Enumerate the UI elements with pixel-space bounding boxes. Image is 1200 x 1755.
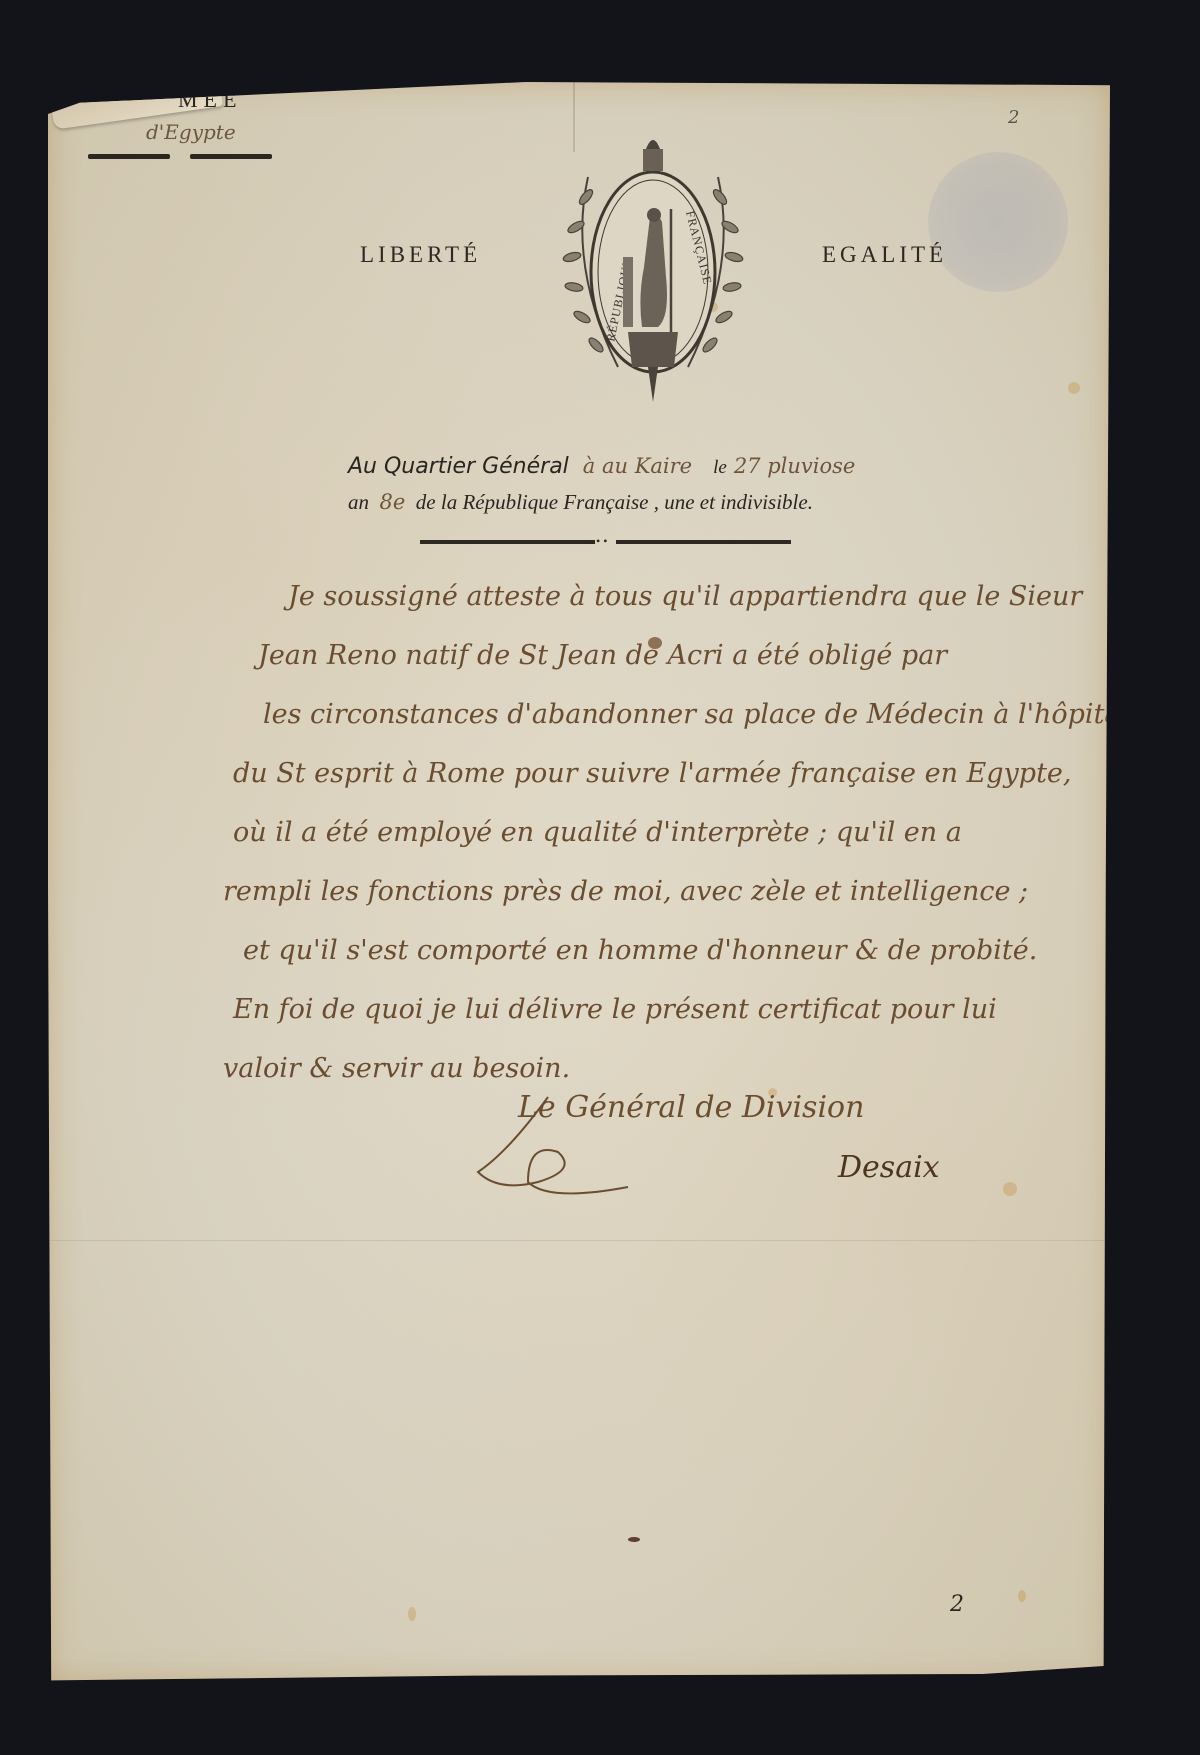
motto-liberte: LIBERTÉ: [360, 242, 481, 268]
body-line: et qu'il s'est comporté en homme d'honne…: [203, 921, 1103, 980]
body-line: rempli les fonctions près de moi, avec z…: [203, 862, 1103, 921]
place-handwritten: à au Kaire: [583, 454, 692, 478]
header-rule-left: [88, 154, 170, 159]
date-handwritten: 27 pluviose: [734, 454, 856, 478]
motto-egalite: EGALITÉ: [822, 242, 947, 268]
hq-label: Au Quartier Général: [348, 454, 569, 479]
ink-stamp: [928, 152, 1068, 292]
signatory-title: Le Général de Division: [518, 1090, 864, 1125]
header-rule-right: [190, 154, 272, 159]
body-line: Je soussigné atteste à tous qu'il appart…: [203, 567, 1103, 626]
dateline-row-1: Au Quartier Général à au Kaire le 27 plu…: [348, 454, 855, 479]
body-line: du St esprit à Rome pour suivre l'armée …: [203, 744, 1103, 803]
body-line: les circonstances d'abandonner sa place …: [203, 685, 1103, 744]
certificate-body: Je soussigné atteste à tous qu'il appart…: [203, 567, 1103, 1098]
ink-mark: [628, 1537, 640, 1542]
an-label: an: [348, 490, 369, 514]
divider-dots: • •: [596, 534, 607, 549]
document-page: MÉE d'Egypte 2 LIBERTÉ EGALITÉ: [48, 82, 1110, 1682]
folded-corner: [48, 58, 223, 129]
body-line: Jean Reno natif de St Jean de Acri a été…: [203, 626, 1103, 685]
foxing-stain: [1018, 1590, 1026, 1602]
page-number-top: 2: [1008, 107, 1019, 128]
divider-rule-left: [420, 540, 595, 544]
army-heading-handwritten: d'Egypte: [146, 120, 236, 144]
year-handwritten: 8e: [380, 490, 406, 514]
dateline-row-2: an 8e de la République Française , une e…: [348, 490, 813, 515]
body-line: En foi de quoi je lui délivre le présent…: [203, 980, 1103, 1039]
republic-suffix: de la République Française , une et indi…: [416, 490, 813, 514]
signatory-name: Desaix: [838, 1150, 940, 1185]
page-number-bottom: 2: [950, 1592, 964, 1617]
army-heading-printed: MÉE: [178, 87, 242, 113]
foxing-stain: [1003, 1182, 1017, 1196]
marianne-seal-icon: RÉPUBLIQUE FRANÇAISE: [558, 117, 748, 407]
foxing-stain: [408, 1607, 416, 1621]
divider-rule-right: [616, 540, 791, 544]
fold-line-horizontal: [48, 1240, 1110, 1242]
foxing-stain: [1068, 382, 1080, 394]
body-line: où il a été employé en qualité d'interpr…: [203, 803, 1103, 862]
le-label: le: [713, 457, 727, 478]
